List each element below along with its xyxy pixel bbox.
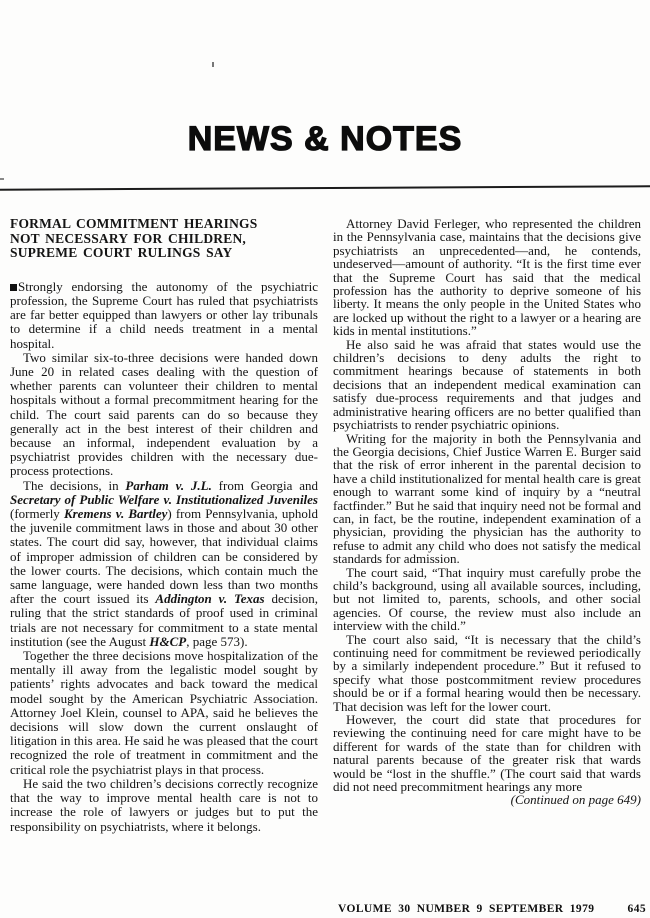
paragraph-text: The court said, “That inquiry must caref… [333, 565, 641, 634]
paragraph-text: Strongly endorsing the autonomy of the p… [10, 279, 318, 351]
article-paragraph: The court also said, “It is necessary th… [333, 633, 641, 713]
paragraph-text: (formerly [10, 506, 64, 521]
article-paragraph: The decisions, in Parham v. J.L. from Ge… [10, 479, 318, 649]
paragraph-text: He also said he was afraid that states w… [333, 337, 641, 432]
right-column-body: Attorney David Ferleger, who represented… [333, 217, 641, 807]
article-paragraph: He said the two children’s decisions cor… [10, 777, 318, 834]
paragraph-text: , page 573). [186, 634, 247, 649]
left-column: FORMAL COMMITMENT HEARINGS NOT NECESSARY… [10, 217, 318, 834]
paragraph-marker-square-icon [10, 284, 17, 291]
headline-line: NOT NECESSARY FOR CHILDREN, [10, 231, 246, 246]
journal-page: NEWS & NOTES FORMAL COMMITMENT HEARINGS … [0, 0, 650, 918]
headline-line: FORMAL COMMITMENT HEARINGS [10, 216, 257, 231]
page-number: 645 [628, 903, 646, 915]
case-name-italic: Secretary of Public Welfare v. Instituti… [10, 492, 318, 507]
page-title: NEWS & NOTES [0, 120, 650, 159]
volume-issue-date: VOLUME 30 NUMBER 9 SEPTEMBER 1979 [338, 903, 594, 915]
article-paragraph: Together the three decisions move hospit… [10, 649, 318, 777]
case-name-italic: Parham v. J.L. [125, 478, 211, 493]
case-name-italic: Kremens v. Bartley [64, 506, 167, 521]
article-headline: FORMAL COMMITMENT HEARINGS NOT NECESSARY… [10, 217, 318, 261]
scan-artifact-speck [212, 62, 214, 67]
article-paragraph: Attorney David Ferleger, who represented… [333, 217, 641, 338]
left-column-body: Strongly endorsing the autonomy of the p… [10, 280, 318, 834]
paragraph-text: Writing for the majority in both the Pen… [333, 431, 641, 567]
paragraph-text: He said the two children’s decisions cor… [10, 776, 318, 834]
paragraph-text: Two similar six-to-three decisions were … [10, 350, 318, 479]
right-column: Attorney David Ferleger, who represented… [333, 217, 641, 834]
header-divider-rule [0, 185, 650, 190]
continued-on-page-note: (Continued on page 649) [333, 793, 641, 806]
article-paragraph: He also said he was afraid that states w… [333, 338, 641, 432]
article-paragraph: Writing for the majority in both the Pen… [333, 432, 641, 566]
article-paragraph: The court said, “That inquiry must caref… [333, 566, 641, 633]
page-footer: VOLUME 30 NUMBER 9 SEPTEMBER 1979 645 [338, 903, 646, 915]
paragraph-text: Together the three decisions move hospit… [10, 648, 318, 777]
article-columns: FORMAL COMMITMENT HEARINGS NOT NECESSARY… [10, 217, 641, 834]
paragraph-text: However, the court did state that proced… [333, 712, 641, 794]
paragraph-text: from Georgia and [212, 478, 318, 493]
article-paragraph: However, the court did state that proced… [333, 713, 641, 807]
paragraph-text: The decisions, in [23, 478, 125, 493]
article-paragraph: Strongly endorsing the autonomy of the p… [10, 280, 318, 351]
paragraph-text: The court also said, “It is necessary th… [333, 632, 641, 714]
headline-line: SUPREME COURT RULINGS SAY [10, 245, 232, 260]
case-name-italic: H&CP [149, 634, 186, 649]
paragraph-text: Attorney David Ferleger, who represented… [333, 216, 641, 338]
article-paragraph: Two similar six-to-three decisions were … [10, 351, 318, 479]
scan-artifact-speck [0, 178, 4, 180]
case-name-italic: Addington v. Texas [155, 591, 264, 606]
